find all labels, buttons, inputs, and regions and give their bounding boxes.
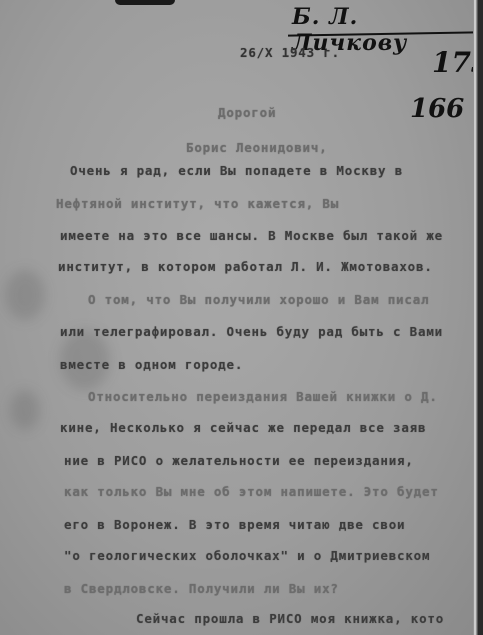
letter-line: имеете на это все шансы. В Москве был та… (60, 228, 443, 243)
letter-line: институт, в котором работал Л. И. Жмотов… (58, 259, 433, 274)
letter-line: "о геологических оболочках" и о Дмитриев… (64, 548, 430, 563)
letter-line: Относительно переиздания Вашей книжки о … (88, 389, 438, 404)
letter-line: в Свердловске. Получили ли Вы их? (64, 581, 339, 596)
handwritten-folio-crossed: 173 (432, 46, 478, 79)
letter-line: его в Воронеж. В это время читаю две сво… (64, 517, 405, 532)
letter-line: Сейчас прошла в РИСО моя книжка, кото (136, 611, 444, 626)
letter-line: Очень я рад, если Вы попадете в Москву в (70, 163, 403, 178)
letter-line: О том, что Вы получили хорошо и Вам писа… (88, 292, 429, 307)
letter-page: Б. Л. Личкову 173 166 26/X 1943 г. Дорог… (0, 0, 478, 635)
handwritten-folio-number: 166 (410, 94, 464, 124)
letter-date: 26/X 1943 г. (240, 45, 340, 60)
stain (5, 270, 45, 320)
letter-line: Нефтяной институт, что кажется, Вы (56, 196, 339, 211)
letter-line: или телеграфировал. Очень буду рад быть … (60, 324, 443, 339)
salutation-line-1: Дорогой (218, 105, 276, 120)
letter-line: ние в РИСО о желательности ее переиздани… (64, 453, 414, 468)
letter-line: как только Вы мне об этом напишете. Это … (64, 484, 439, 499)
stain (10, 390, 40, 430)
letter-line: вместе в одном городе. (60, 357, 243, 372)
letter-line: кине, Несколько я сейчас же передал все … (60, 420, 426, 435)
salutation-line-2: Борис Леонидович, (186, 140, 328, 155)
scan-edge-right (473, 0, 478, 635)
scan-edge-top (115, 0, 175, 5)
